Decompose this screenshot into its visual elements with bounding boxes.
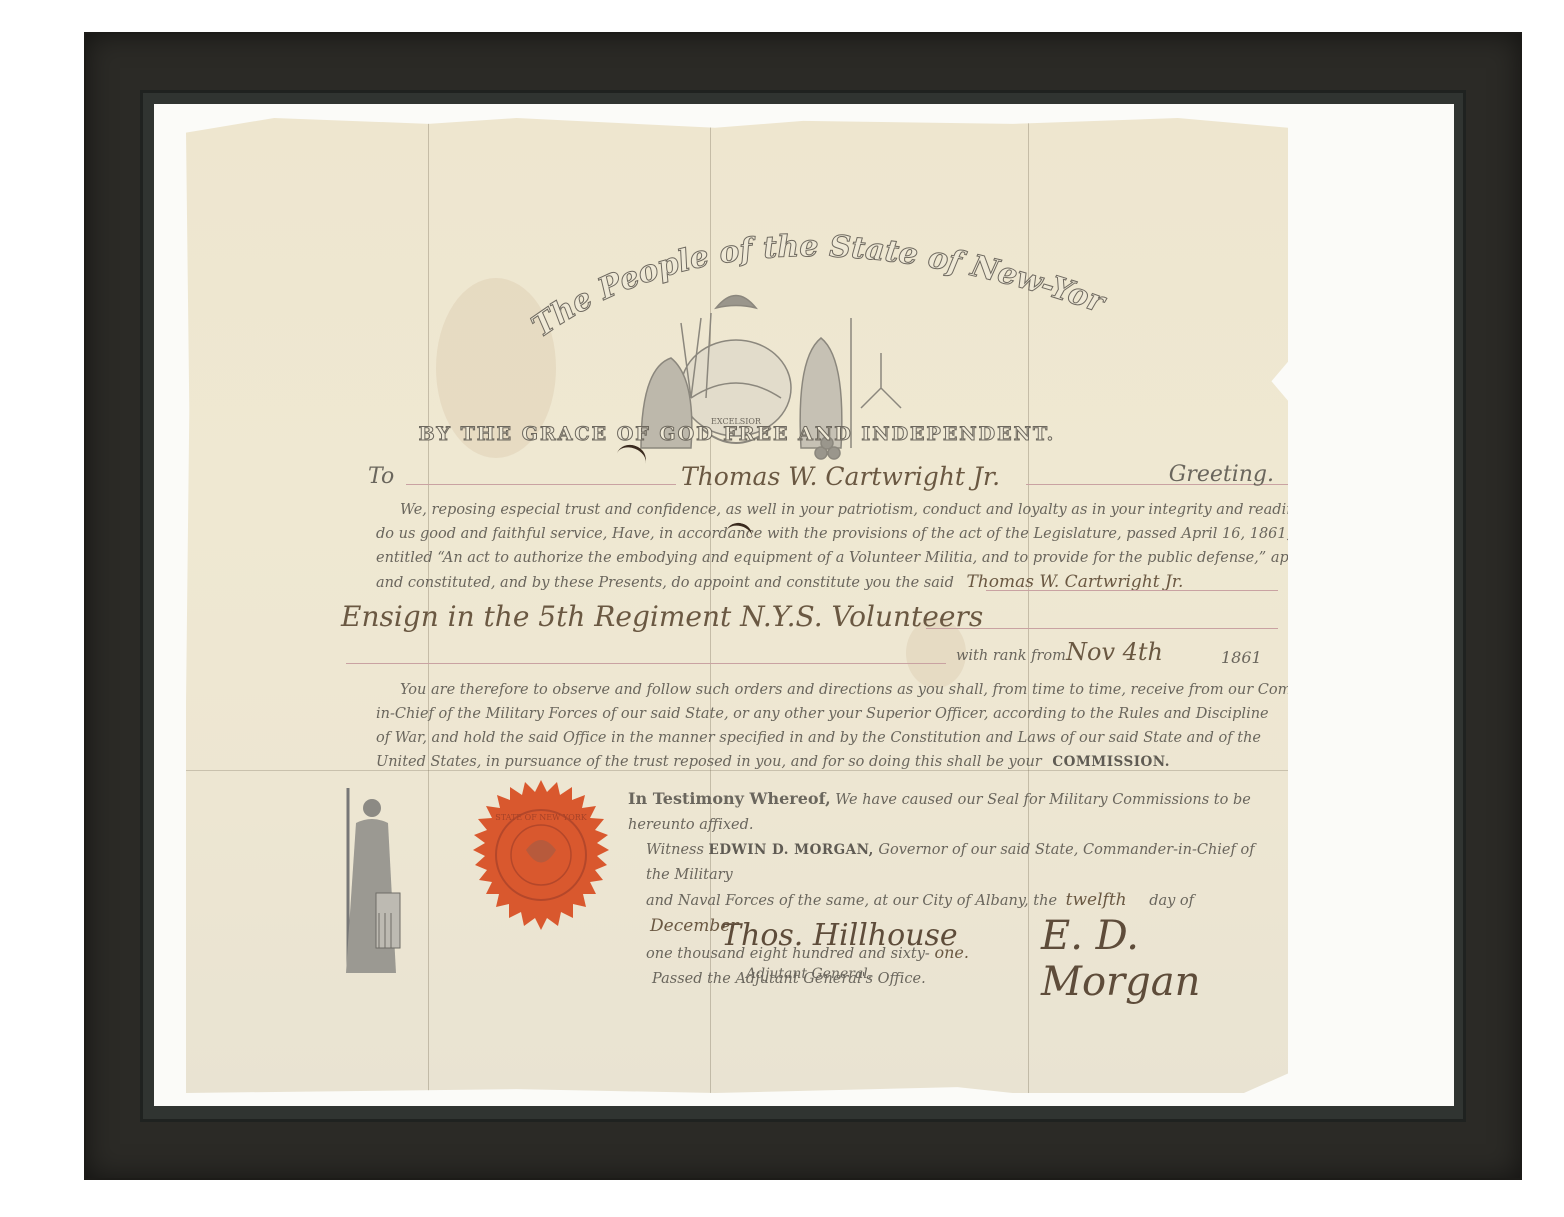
- state-wax-seal: STATE OF NEW YORK: [461, 780, 621, 940]
- salutation-line: To Thomas W. Cartwright Jr. Greeting.: [376, 458, 1274, 492]
- recipient-name: Thomas W. Cartwright Jr.: [681, 462, 1000, 491]
- adjutant-signature: Thos. Hillhouse: [721, 918, 958, 953]
- rank-from-date: Nov 4th: [1066, 638, 1163, 666]
- commission-word: COMMISSION.: [1052, 754, 1170, 770]
- liberty-figure-engraving: [334, 783, 404, 983]
- rank-from-year: 1861: [1221, 648, 1262, 667]
- document-subtitle: BY THE GRACE OF GOD FREE AND INDEPENDENT…: [186, 423, 1288, 445]
- commission-document: The People of the State of New-York, EXC…: [186, 118, 1288, 1093]
- to-label: To: [368, 464, 394, 489]
- governor-signature: E. D. Morgan: [1041, 913, 1288, 1005]
- appointee-name: Thomas W. Cartwright Jr.: [966, 572, 1183, 592]
- rank-assignment: Ensign in the 5th Regiment N.Y.S. Volunt…: [341, 600, 983, 633]
- governor-name: EDWIN D. MORGAN,: [709, 842, 874, 858]
- rank-from-label: with rank from: [956, 648, 1066, 664]
- greeting-label: Greeting.: [1169, 462, 1274, 487]
- adjutant-title: Adjutant General.: [746, 966, 872, 982]
- svg-text:STATE OF NEW YORK: STATE OF NEW YORK: [495, 813, 588, 822]
- commission-day: twelfth: [1066, 890, 1127, 910]
